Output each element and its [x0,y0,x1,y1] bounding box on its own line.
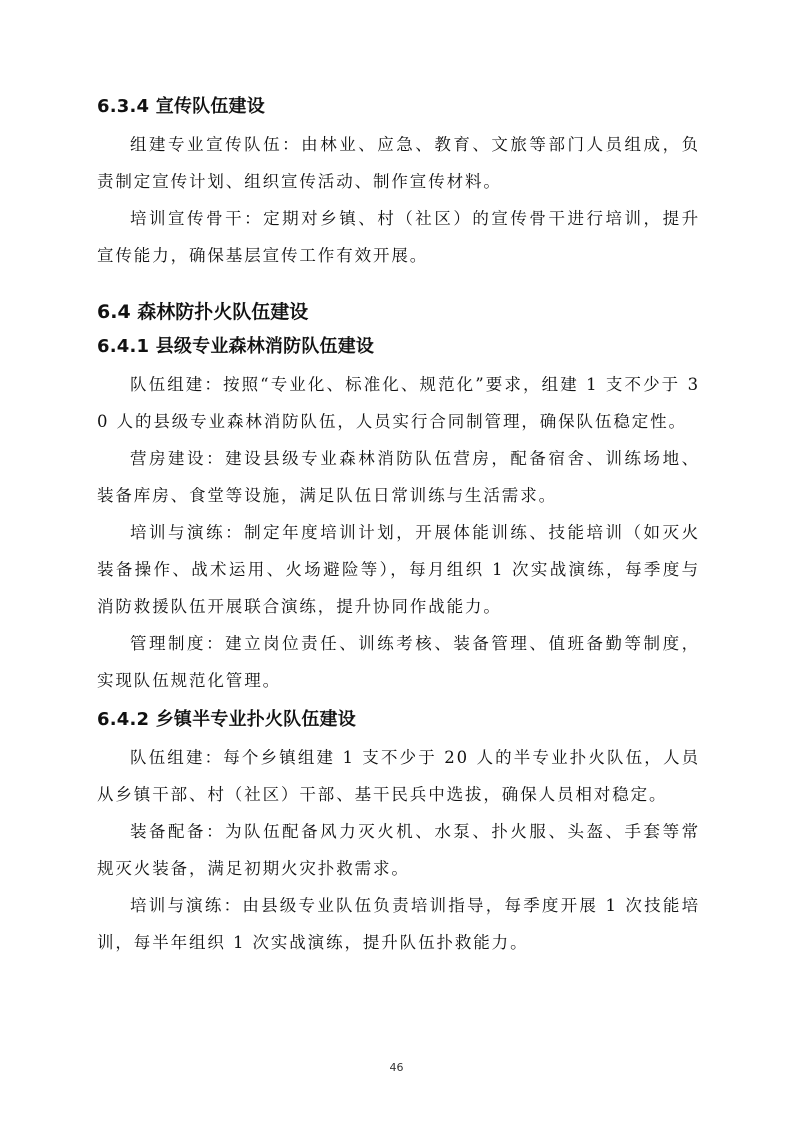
paragraph-county-management: 管理制度：建立岗位责任、训练考核、装备管理、值班备勤等制度，实现队伍规范化管理。 [97,625,700,699]
page-number: 46 [0,1061,793,1074]
paragraph-county-barracks: 营房建设：建设县级专业森林消防队伍营房，配备宿舍、训练场地、装备库房、食堂等设施… [97,440,700,514]
section-heading-6-4-1: 6.4.1 县级专业森林消防队伍建设 [97,332,700,362]
section-heading-6-4: 6.4 森林防扑火队伍建设 [97,296,700,328]
paragraph-township-team-formation: 队伍组建：每个乡镇组建 1 支不少于 20 人的半专业扑火队伍，人员从乡镇干部、… [97,739,700,813]
document-page: 6.3.4 宣传队伍建设 组建专业宣传队伍：由林业、应急、教育、文旅等部门人员组… [97,92,700,961]
section-heading-6-4-2: 6.4.2 乡镇半专业扑火队伍建设 [97,705,700,735]
paragraph-propaganda-training: 培训宣传骨干：定期对乡镇、村（社区）的宣传骨干进行培训，提升宣传能力，确保基层宣… [97,200,700,274]
paragraph-county-training: 培训与演练：制定年度培训计划，开展体能训练、技能培训（如灭火装备操作、战术运用、… [97,514,700,625]
section-heading-6-3-4: 6.3.4 宣传队伍建设 [97,92,700,122]
paragraph-township-training: 培训与演练：由县级专业队伍负责培训指导，每季度开展 1 次技能培训，每半年组织 … [97,887,700,961]
paragraph-county-team-formation: 队伍组建：按照“专业化、标准化、规范化”要求，组建 1 支不少于 30 人的县级… [97,366,700,440]
paragraph-propaganda-team: 组建专业宣传队伍：由林业、应急、教育、文旅等部门人员组成，负责制定宣传计划、组织… [97,126,700,200]
paragraph-township-equipment: 装备配备：为队伍配备风力灭火机、水泵、扑火服、头盔、手套等常规灭火装备，满足初期… [97,813,700,887]
